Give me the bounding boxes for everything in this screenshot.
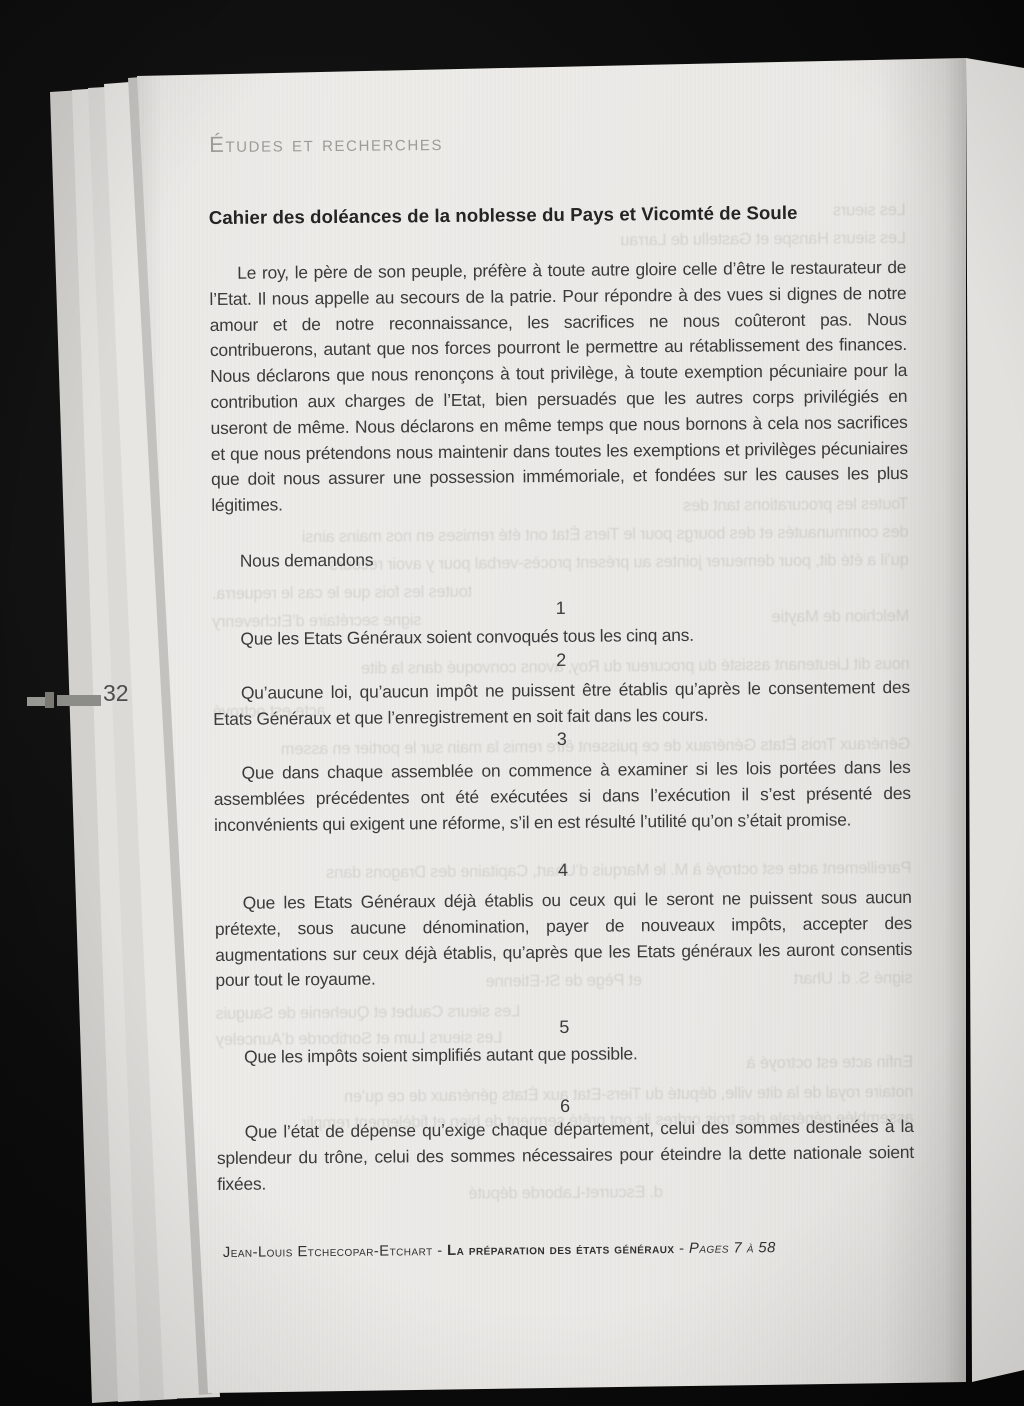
intro-paragraph: Le roy, le père de son peuple, préfère à… bbox=[209, 255, 908, 519]
running-head: Études et recherches bbox=[209, 130, 443, 158]
item-text: Que l’état de dépense qu’exige chaque dé… bbox=[217, 1114, 915, 1197]
page-footer: Jean-Louis Etchecopar-Etchart - La prépa… bbox=[223, 1240, 776, 1261]
item-text: Que les Etats Généraux déjà établis ou c… bbox=[215, 885, 913, 994]
footer-separator: - bbox=[674, 1241, 689, 1257]
page-title: Cahier des doléances de la noblesse du P… bbox=[209, 202, 798, 229]
margin-marker-bar bbox=[57, 695, 101, 706]
item-text: Qu’aucune loi, qu’aucun impôt ne puissen… bbox=[213, 675, 910, 733]
footer-work-title: La préparation des états généraux bbox=[447, 1241, 675, 1259]
item-text: Que dans chaque assemblée on commence à … bbox=[214, 755, 912, 838]
margin-page-number: 32 bbox=[103, 680, 129, 707]
bleedthrough-text: Les sieurs Hanspe et Gastellu de Larrau bbox=[209, 229, 906, 254]
footer-page-range: Pages 7 à 58 bbox=[689, 1240, 776, 1257]
scanned-book-photo: Les sieurs Les sieurs Hanspe et Gastellu… bbox=[0, 0, 1024, 1406]
footer-separator: - bbox=[433, 1243, 448, 1259]
footer-author: Jean-Louis Etchecopar-Etchart bbox=[223, 1243, 433, 1261]
margin-marker-notch bbox=[45, 692, 54, 708]
item-number: 4 bbox=[214, 857, 911, 884]
